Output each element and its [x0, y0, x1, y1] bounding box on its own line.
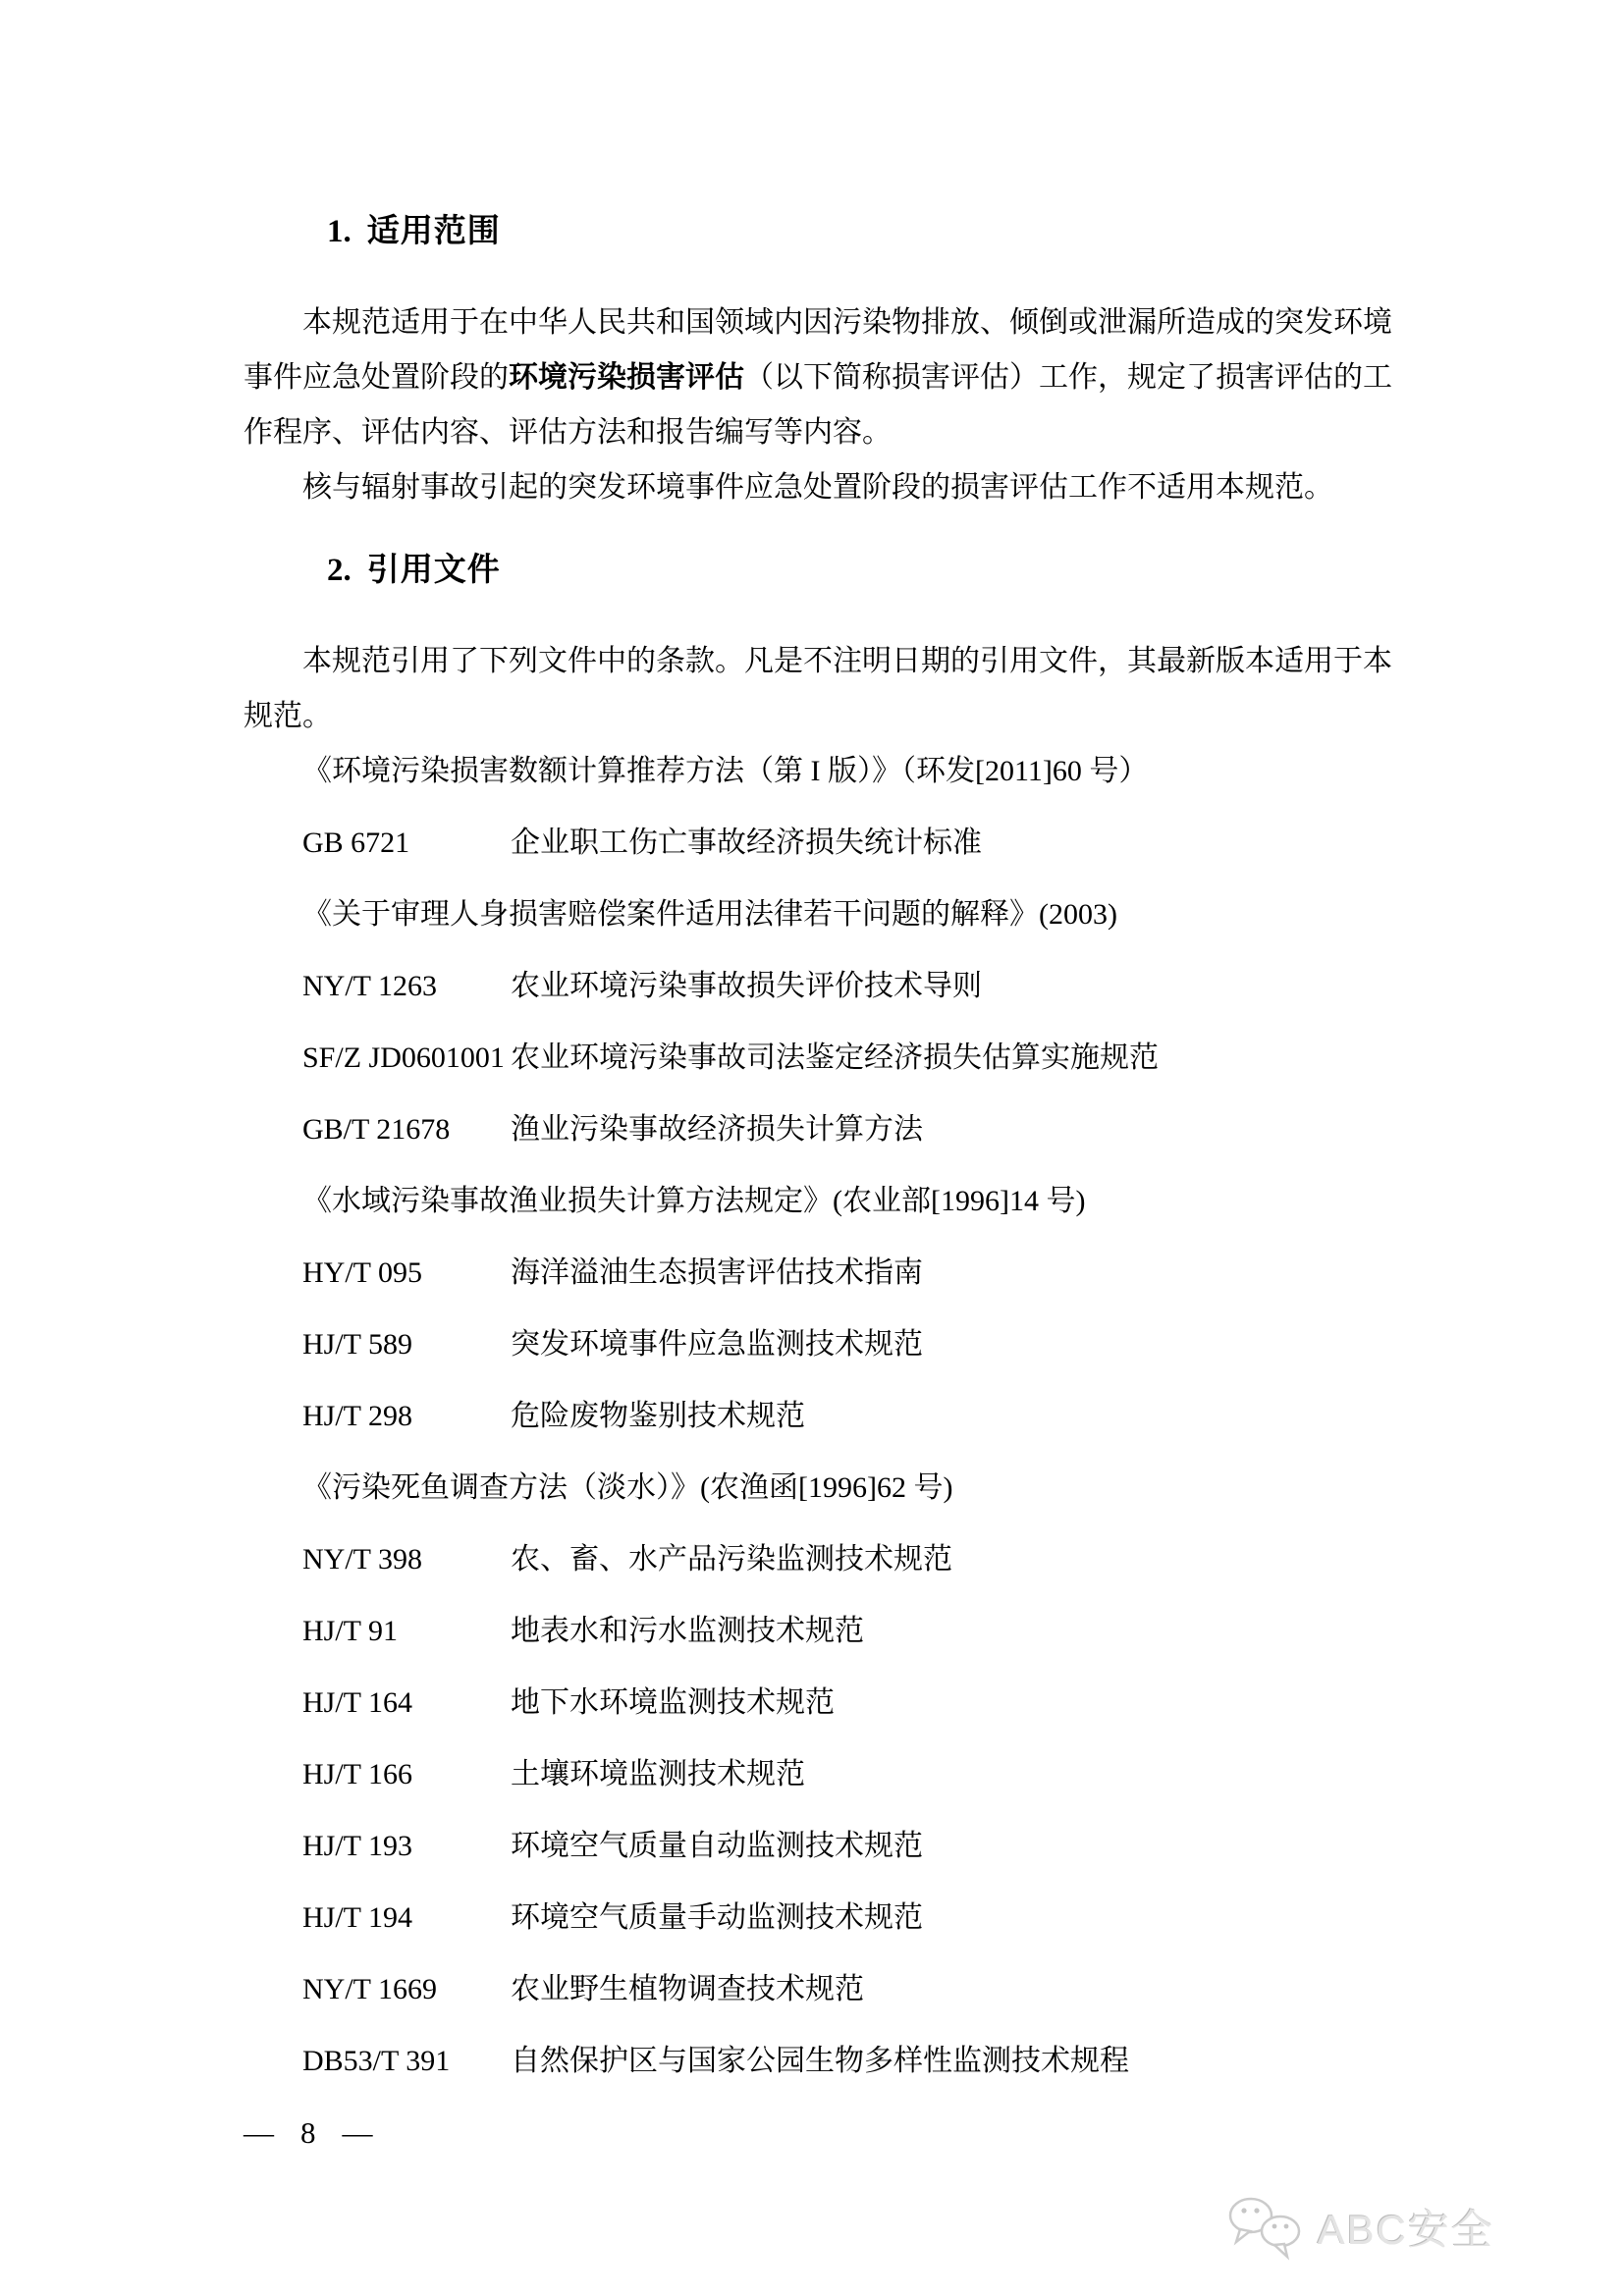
reference-title: 农业环境污染事故损失评价技术导则	[511, 970, 982, 1002]
reference-item: 《水域污染事故渔业损失计算方法规定》(农业部[1996]14 号)	[302, 1184, 1392, 1219]
reference-item: HJ/T 193环境空气质量自动监测技术规范	[302, 1829, 1392, 1864]
reference-item: HY/T 095海洋溢油生态损害评估技术指南	[302, 1255, 1392, 1291]
reference-item: DB53/T 391自然保护区与国家公园生物多样性监测技术规程	[302, 2044, 1392, 2079]
page-number: 8	[300, 2115, 316, 2150]
wechat-icon	[1225, 2194, 1310, 2261]
exclusion-paragraph: 核与辐射事故引起的突发环境事件应急处置阶段的损害评估工作不适用本规范。	[244, 460, 1392, 515]
reference-title: 海洋溢油生态损害评估技术指南	[511, 1256, 923, 1289]
document-page: 1.适用范围 本规范适用于在中华人民共和国领域内因污染物排放、倾倒或泄漏所造成的…	[0, 0, 1624, 2151]
scope-paragraph: 本规范适用于在中华人民共和国领域内因污染物排放、倾倒或泄漏所造成的突发环境事件应…	[244, 295, 1392, 460]
reference-code: HJ/T 298	[302, 1399, 511, 1434]
reference-code: GB/T 21678	[302, 1112, 511, 1148]
reference-item: HJ/T 589突发环境事件应急监测技术规范	[302, 1327, 1392, 1362]
reference-title: 地下水环境监测技术规范	[511, 1686, 835, 1719]
reference-code: GB 6721	[302, 826, 511, 861]
reference-item: NY/T 1669农业野生植物调查技术规范	[302, 1972, 1392, 2007]
section-2-title: 引用文件	[367, 551, 501, 587]
reference-title: 土壤环境监测技术规范	[511, 1758, 805, 1790]
reference-item: NY/T 1263农业环境污染事故损失评价技术导则	[302, 969, 1392, 1004]
reference-title: 《污染死鱼调查方法（淡水）》(农渔函[1996]62 号)	[302, 1471, 952, 1504]
reference-item: HJ/T 194环境空气质量手动监测技术规范	[302, 1900, 1392, 1936]
reference-item: GB/T 21678渔业污染事故经济损失计算方法	[302, 1112, 1392, 1148]
references-intro-paragraph: 本规范引用了下列文件中的条款。凡是不注明日期的引用文件，其最新版本适用于本规范。	[244, 634, 1392, 744]
watermark-label: ABC安全	[1318, 2198, 1494, 2257]
reference-code: HJ/T 166	[302, 1757, 511, 1792]
reference-item: HJ/T 298危险废物鉴别技术规范	[302, 1399, 1392, 1434]
reference-code: HY/T 095	[302, 1255, 511, 1291]
reference-title: 危险废物鉴别技术规范	[511, 1400, 805, 1432]
reference-title: 农业野生植物调查技术规范	[511, 1973, 864, 2005]
reference-item: 《关于审理人身损害赔偿案件适用法律若干问题的解释》(2003)	[302, 897, 1392, 933]
section-1-title: 适用范围	[367, 212, 501, 248]
footer-right-dash: —	[343, 2115, 373, 2150]
page-footer: —8—	[244, 2115, 1392, 2151]
reference-title: 《关于审理人身损害赔偿案件适用法律若干问题的解释》(2003)	[302, 898, 1117, 931]
reference-item: GB 6721企业职工伤亡事故经济损失统计标准	[302, 826, 1392, 861]
reference-item: 《污染死鱼调查方法（淡水）》(农渔函[1996]62 号)	[302, 1470, 1392, 1506]
reference-title: 《水域污染事故渔业损失计算方法规定》(农业部[1996]14 号)	[302, 1185, 1085, 1217]
reference-title: 自然保护区与国家公园生物多样性监测技术规程	[511, 2045, 1129, 2077]
reference-item: NY/T 398农、畜、水产品污染监测技术规范	[302, 1542, 1392, 1577]
reference-title: 突发环境事件应急监测技术规范	[511, 1328, 923, 1361]
scope-text-bold: 环境污染损害评估	[509, 361, 744, 394]
reference-code: NY/T 1669	[302, 1972, 511, 2007]
reference-code: HJ/T 91	[302, 1614, 511, 1649]
section-1-number: 1.	[327, 214, 352, 249]
reference-title: 地表水和污水监测技术规范	[511, 1615, 864, 1647]
watermark: ABC安全	[1225, 2194, 1494, 2261]
reference-title: 企业职工伤亡事故经济损失统计标准	[511, 827, 982, 859]
reference-item: HJ/T 166土壤环境监测技术规范	[302, 1757, 1392, 1792]
reference-code: NY/T 1263	[302, 969, 511, 1004]
footer-left-dash: —	[244, 2115, 274, 2150]
reference-item: HJ/T 91地表水和污水监测技术规范	[302, 1614, 1392, 1649]
reference-code: NY/T 398	[302, 1542, 511, 1577]
section-1-heading: 1.适用范围	[327, 211, 1392, 251]
reference-code: HJ/T 589	[302, 1327, 511, 1362]
reference-item: 《环境污染损害数额计算推荐方法（第 I 版）》（环发[2011]60 号）	[302, 754, 1392, 789]
reference-code: SF/Z JD0601001	[302, 1041, 511, 1076]
reference-title: 农、畜、水产品污染监测技术规范	[511, 1543, 952, 1575]
reference-list: 《环境污染损害数额计算推荐方法（第 I 版）》（环发[2011]60 号） GB…	[244, 754, 1392, 2079]
section-2-number: 2.	[327, 553, 352, 588]
reference-title: 渔业污染事故经济损失计算方法	[511, 1113, 923, 1146]
reference-item: SF/Z JD0601001农业环境污染事故司法鉴定经济损失估算实施规范	[302, 1041, 1392, 1076]
reference-title: 环境空气质量手动监测技术规范	[511, 1901, 923, 1934]
reference-code: HJ/T 194	[302, 1900, 511, 1936]
reference-code: HJ/T 164	[302, 1685, 511, 1721]
reference-code: HJ/T 193	[302, 1829, 511, 1864]
reference-code: DB53/T 391	[302, 2044, 511, 2079]
reference-item: HJ/T 164地下水环境监测技术规范	[302, 1685, 1392, 1721]
section-2-heading: 2.引用文件	[327, 550, 1392, 590]
reference-title: 环境空气质量自动监测技术规范	[511, 1830, 923, 1862]
reference-title: 农业环境污染事故司法鉴定经济损失估算实施规范	[511, 1041, 1159, 1074]
reference-title: 《环境污染损害数额计算推荐方法（第 I 版）》（环发[2011]60 号）	[302, 755, 1148, 787]
